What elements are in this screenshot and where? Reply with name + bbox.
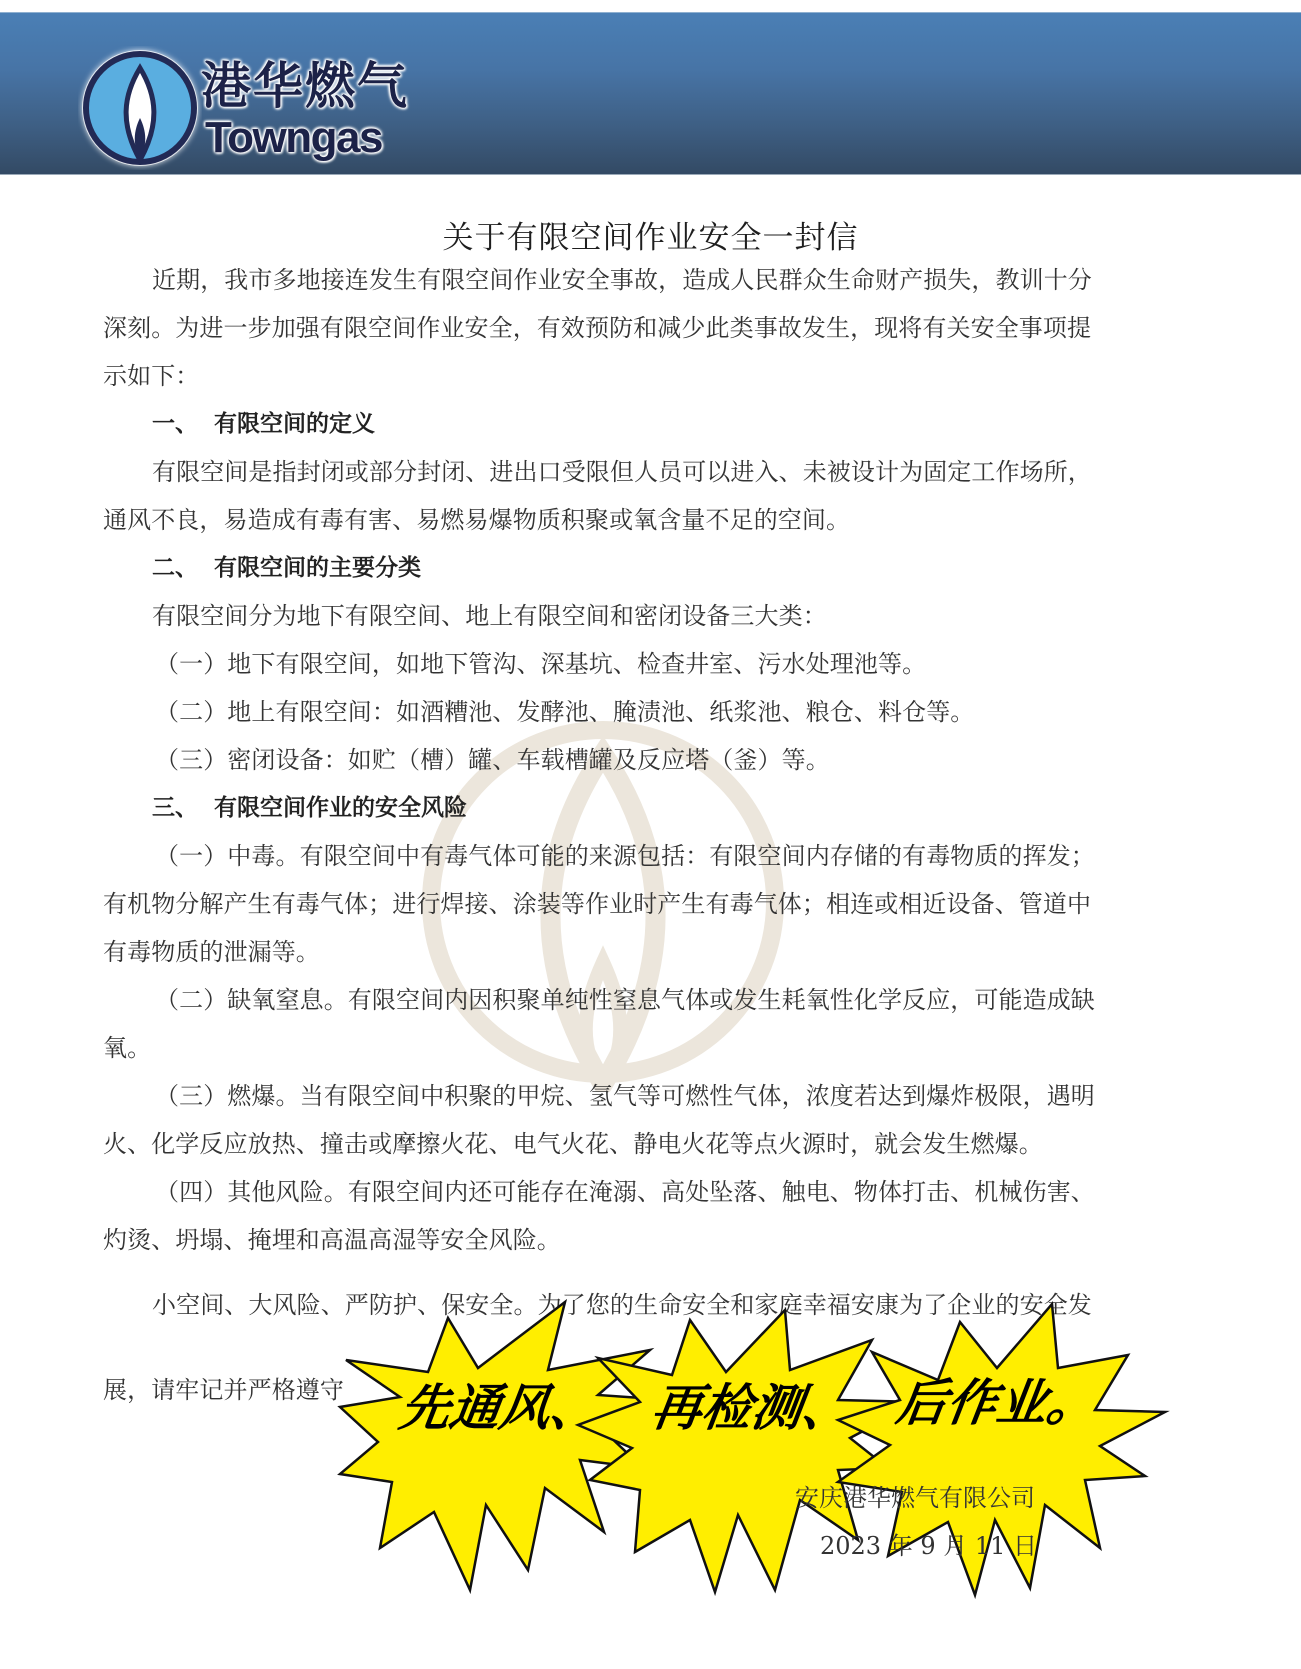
section-line: 氧。: [103, 1033, 151, 1063]
section-number: 二、: [152, 553, 214, 583]
section-line: （三）燃爆。当有限空间中积聚的甲烷、氢气等可燃性气体，浓度若达到爆炸极限，遇明: [155, 1081, 1095, 1111]
section-title: 有限空间的主要分类: [214, 555, 421, 581]
section-line: 火、化学反应放热、撞击或摩擦火花、电气火花、静电火花等点火源时，就会发生燃爆。: [103, 1129, 1043, 1159]
header-banner: 港华燃气 Towngas: [0, 12, 1301, 175]
logo-chinese-name: 港华燃气: [201, 61, 409, 111]
document-title: 关于有限空间作业安全一封信: [0, 218, 1301, 258]
section-title: 有限空间作业的安全风险: [214, 795, 467, 821]
signature-company: 安庆港华燃气有限公司: [795, 1483, 1035, 1513]
section-heading-2: 二、有限空间的主要分类: [152, 553, 421, 583]
closing-line: 小空间、大风险、严防护、保安全。为了您的生命安全和家庭幸福安康为了企业的安全发: [152, 1290, 1092, 1320]
section-title: 有限空间的定义: [214, 411, 375, 437]
section-line: 有机物分解产生有毒气体；进行焊接、涂装等作业时产生有毒气体；相连或相近设备、管道…: [103, 889, 1091, 919]
section-line: （二）缺氧窒息。有限空间内因积聚单纯性窒息气体或发生耗氧性化学反应，可能造成缺: [155, 985, 1095, 1015]
signature-date: 2023 年 9 月 11 日: [820, 1531, 1037, 1561]
section-number: 一、: [152, 409, 214, 439]
section-line: 有限空间分为地下有限空间、地上有限空间和密闭设备三大类：: [152, 601, 827, 631]
section-number: 三、: [152, 793, 214, 823]
section-line: （二）地上有限空间：如酒糟池、发酵池、腌渍池、纸浆池、粮仓、料仓等。: [155, 697, 974, 727]
slogan-detect: 再检测、: [648, 1378, 856, 1438]
section-line: 灼烫、坍塌、掩埋和高温高湿等安全风险。: [103, 1225, 561, 1255]
slogan-ventilate: 先通风、: [396, 1378, 604, 1438]
slogan-operate: 后作业。: [893, 1373, 1101, 1433]
intro-line: 深刻。为进一步加强有限空间作业安全，有效预防和减少此类事故发生，现将有关安全事项…: [103, 313, 1091, 343]
section-line: （四）其他风险。有限空间内还可能存在淹溺、高处坠落、触电、物体打击、机械伤害、: [155, 1177, 1095, 1207]
closing-line: 展，请牢记并严格遵守: [103, 1375, 344, 1405]
section-heading-3: 三、有限空间作业的安全风险: [152, 793, 467, 823]
section-line: （三）密闭设备：如贮（槽）罐、车载槽罐及反应塔（釜）等。: [155, 745, 830, 775]
section-line: （一）中毒。有限空间中有毒气体可能的来源包括：有限空间内存储的有毒物质的挥发；: [155, 841, 1095, 871]
section-line: 有毒物质的泄漏等。: [103, 937, 320, 967]
section-line: 有限空间是指封闭或部分封闭、进出口受限但人员可以进入、未被设计为固定工作场所，: [152, 457, 1092, 487]
intro-line: 示如下：: [103, 361, 199, 391]
towngas-flame-logo-icon: [78, 46, 202, 170]
section-heading-1: 一、有限空间的定义: [152, 409, 375, 439]
logo-english-name: Towngas: [205, 116, 382, 160]
section-line: （一）地下有限空间，如地下管沟、深基坑、检查井室、污水处理池等。: [155, 649, 926, 679]
burst-1-icon: [340, 1302, 672, 1590]
intro-line: 近期，我市多地接连发生有限空间作业安全事故，造成人民群众生命财产损失，教训十分: [152, 265, 1092, 295]
section-line: 通风不良，易造成有毒有害、易燃易爆物质积聚或氧含量不足的空间。: [103, 505, 850, 535]
